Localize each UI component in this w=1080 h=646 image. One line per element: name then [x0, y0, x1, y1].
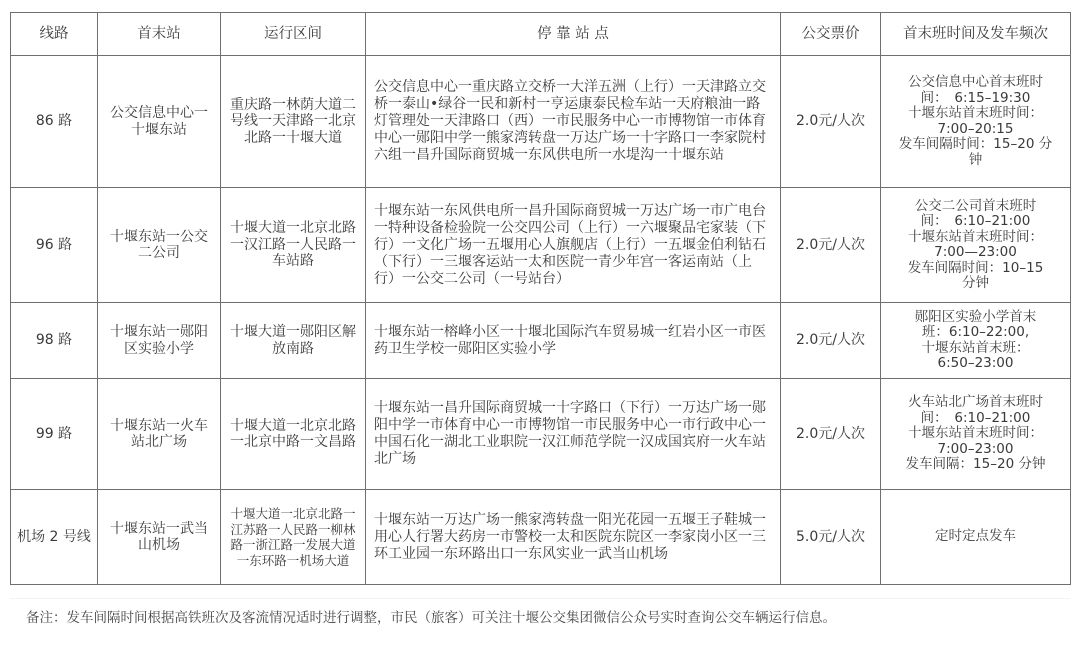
table-header-row: 线路 首末站 运行区间 停 靠 站 点 公交票价 首末班时间及发车频次 [11, 13, 1071, 56]
route-fare: 2.0元/人次 [781, 188, 881, 303]
header-stops: 停 靠 站 点 [366, 13, 781, 56]
schedule-line: 发车间隔：15–20 分钟 [885, 457, 1066, 473]
schedule-line: 郧阳区实验小学首末 [885, 310, 1066, 326]
schedule-line: 间： 6:10–21:00 [885, 411, 1066, 427]
route-schedule: 定时定点发车 [881, 490, 1071, 585]
schedule-line: 十堰东站首末班： [885, 341, 1066, 357]
header-terminals: 首末站 [98, 13, 221, 56]
footnote: 备注：发车间隔时间根据高铁班次及客流情况适时进行调整，市民（旅客）可关注十堰公交… [26, 606, 836, 626]
route-name: 99 路 [11, 379, 98, 490]
route-name: 机场 2 号线 [11, 490, 98, 585]
schedule-line: 班：6:10–22:00, [885, 325, 1066, 341]
schedule-line: 钟 [885, 153, 1066, 169]
table-row: 96 路 十堰东站一公交二公司 十堰大道一北京北路一汉江路一人民路一车站路 十堰… [11, 188, 1071, 303]
header-route: 线路 [11, 13, 98, 56]
bus-route-table: 线路 首末站 运行区间 停 靠 站 点 公交票价 首末班时间及发车频次 86 路… [10, 12, 1071, 585]
route-name: 96 路 [11, 188, 98, 303]
table-row: 98 路 十堰东站一郧阳区实验小学 十堰大道一郧阳区解放南路 十堰东站一榕峰小区… [11, 303, 1071, 379]
route-fare: 5.0元/人次 [781, 490, 881, 585]
route-terminals: 十堰东站一火车站北广场 [98, 379, 221, 490]
route-name: 86 路 [11, 56, 98, 188]
bus-route-table-container: 线路 首末站 运行区间 停 靠 站 点 公交票价 首末班时间及发车频次 86 路… [10, 12, 1071, 585]
schedule-line: 十堰东站首末班时间： [885, 106, 1066, 122]
schedule-line: 十堰东站首末班时间： [885, 230, 1066, 246]
schedule-line: 定时定点发车 [885, 529, 1066, 545]
route-section: 十堰大道一北京北路一汉江路一人民路一车站路 [221, 188, 366, 303]
schedule-line: 7:00–23:00 [885, 442, 1066, 458]
header-fare: 公交票价 [781, 13, 881, 56]
table-row: 机场 2 号线 十堰东站一武当山机场 十堰大道一北京北路一江苏路一人民路一柳林路… [11, 490, 1071, 585]
table-row: 99 路 十堰东站一火车站北广场 十堰大道一北京北路一北京中路一文昌路 十堰东站… [11, 379, 1071, 490]
table-row: 86 路 公交信息中心一十堰东站 重庆路一林荫大道二号线一天津路一北京北路一十堰… [11, 56, 1071, 188]
schedule-line: 十堰东站首末班时间： [885, 426, 1066, 442]
route-fare: 2.0元/人次 [781, 56, 881, 188]
route-terminals: 十堰东站一郧阳区实验小学 [98, 303, 221, 379]
route-section: 十堰大道一郧阳区解放南路 [221, 303, 366, 379]
schedule-line: 间： 6:15–19:30 [885, 91, 1066, 107]
schedule-line: 6:50–23:00 [885, 356, 1066, 372]
route-terminals: 公交信息中心一十堰东站 [98, 56, 221, 188]
route-terminals: 十堰东站一武当山机场 [98, 490, 221, 585]
route-stops: 十堰东站一昌升国际商贸城一十字路口（下行）一万达广场一郧阳中学一市体育中心一市博… [366, 379, 781, 490]
route-fare: 2.0元/人次 [781, 303, 881, 379]
schedule-line: 公交信息中心首末班时 [885, 75, 1066, 91]
schedule-line: 7:00–20:15 [885, 122, 1066, 138]
route-section: 重庆路一林荫大道二号线一天津路一北京北路一十堰大道 [221, 56, 366, 188]
route-schedule: 郧阳区实验小学首末 班：6:10–22:00, 十堰东站首末班： 6:50–23… [881, 303, 1071, 379]
route-stops: 十堰东站一东风供电所一昌升国际商贸城一万达广场一市广电台一特种设备检验院一公交四… [366, 188, 781, 303]
header-section: 运行区间 [221, 13, 366, 56]
schedule-line: 间： 6:10–21:00 [885, 214, 1066, 230]
divider [10, 598, 1070, 599]
schedule-line: 分钟 [885, 276, 1066, 292]
route-section: 十堰大道一北京北路一江苏路一人民路一柳林路一浙江路一发展大道一东环路一机场大道 [221, 490, 366, 585]
schedule-line: 发车间隔时间：10–15 [885, 261, 1066, 277]
header-schedule: 首末班时间及发车频次 [881, 13, 1071, 56]
route-stops: 公交信息中心一重庆路立交桥一大洋五洲（上行）一天津路立交桥一泰山•绿谷一民和新村… [366, 56, 781, 188]
route-name: 98 路 [11, 303, 98, 379]
route-schedule: 公交信息中心首末班时 间： 6:15–19:30 十堰东站首末班时间： 7:00… [881, 56, 1071, 188]
route-terminals: 十堰东站一公交二公司 [98, 188, 221, 303]
route-section: 十堰大道一北京北路一北京中路一文昌路 [221, 379, 366, 490]
schedule-line: 发车间隔时间：15–20 分 [885, 137, 1066, 153]
route-schedule: 公交二公司首末班时 间： 6:10–21:00 十堰东站首末班时间： 7:00—… [881, 188, 1071, 303]
route-fare: 2.0元/人次 [781, 379, 881, 490]
schedule-line: 7:00—23:00 [885, 245, 1066, 261]
schedule-line: 公交二公司首末班时 [885, 199, 1066, 215]
route-stops: 十堰东站一榕峰小区一十堰北国际汽车贸易城一红岩小区一市医药卫生学校一郧阳区实验小… [366, 303, 781, 379]
schedule-line: 火车站北广场首末班时 [885, 395, 1066, 411]
route-stops: 十堰东站一万达广场一熊家湾转盘一阳光花园一五堰王子鞋城一用心人行署大药房一市警校… [366, 490, 781, 585]
route-schedule: 火车站北广场首末班时 间： 6:10–21:00 十堰东站首末班时间： 7:00… [881, 379, 1071, 490]
